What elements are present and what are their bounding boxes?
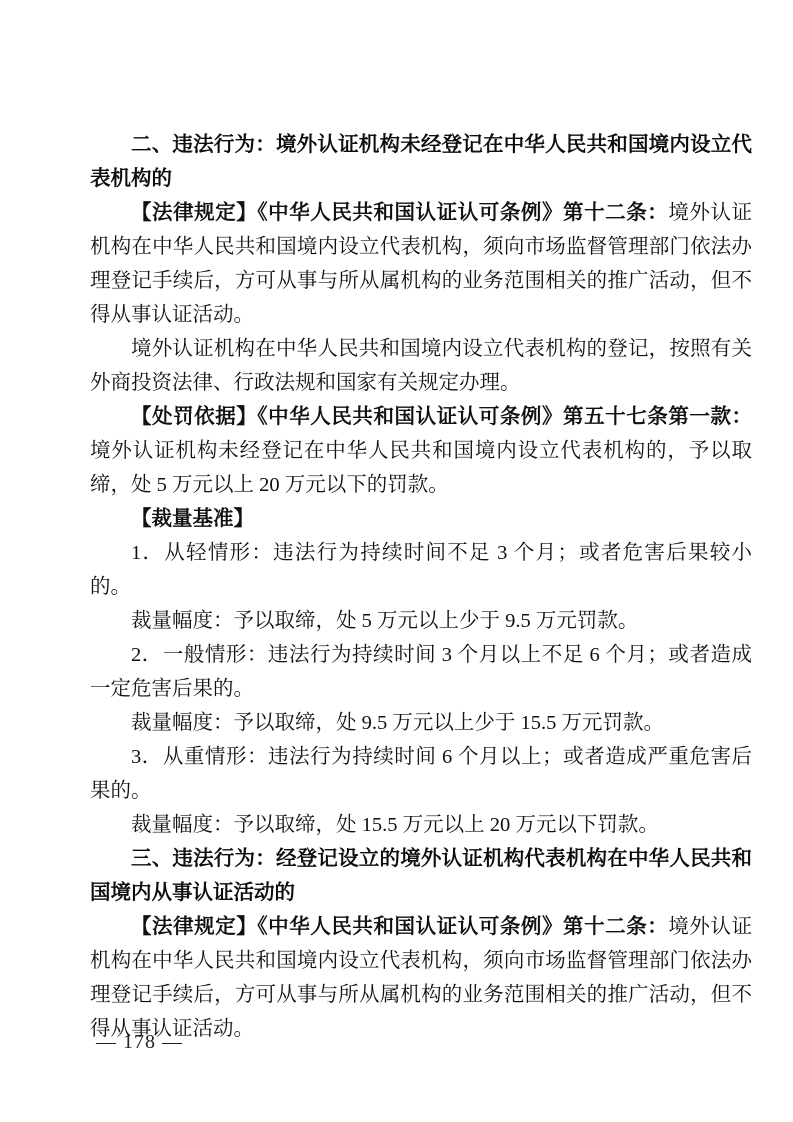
discretion-item-2-situation: 2．一般情形：违法行为持续时间 3 个月以上不足 6 个月；或者造成一定危害后果… — [90, 638, 752, 706]
page-number: — 178 — — [96, 1029, 183, 1055]
discretion-item-3-range: 裁量幅度：予以取缔，处 15.5 万元以上 20 万元以下罚款。 — [90, 808, 752, 842]
penalty-basis-label: 【处罚依据】《中华人民共和国认证认可条例》第五十七条第一款： — [131, 406, 752, 428]
section-2-legal-basis-paragraph-2: 境外认证机构在中华人民共和国境内设立代表机构的登记，按照有关外商投资法律、行政法… — [90, 332, 752, 400]
page-content: 二、违法行为：境外认证机构未经登记在中华人民共和国境内设立代表机构的 【法律规定… — [90, 128, 752, 1046]
discretion-item-3-situation: 3．从重情形：违法行为持续时间 6 个月以上；或者造成严重危害后果的。 — [90, 740, 752, 808]
penalty-basis-text: 境外认证机构未经登记在中华人民共和国境内设立代表机构的，予以取缔，处 5 万元以… — [90, 440, 752, 496]
section-2-penalty-basis-paragraph: 【处罚依据】《中华人民共和国认证认可条例》第五十七条第一款：境外认证机构未经登记… — [90, 400, 752, 502]
discretion-item-1-situation: 1．从轻情形：违法行为持续时间不足 3 个月；或者危害后果较小的。 — [90, 536, 752, 604]
document-page: 二、违法行为：境外认证机构未经登记在中华人民共和国境内设立代表机构的 【法律规定… — [0, 0, 793, 1122]
discretion-item-1-range: 裁量幅度：予以取缔，处 5 万元以上少于 9.5 万元罚款。 — [90, 604, 752, 638]
section-3-legal-basis-paragraph: 【法律规定】《中华人民共和国认证认可条例》第十二条：境外认证机构在中华人民共和国… — [90, 910, 752, 1046]
section-2-heading: 二、违法行为：境外认证机构未经登记在中华人民共和国境内设立代表机构的 — [90, 128, 752, 196]
discretion-standard-heading: 【裁量基准】 — [90, 502, 752, 536]
legal-basis-label: 【法律规定】《中华人民共和国认证认可条例》第十二条： — [131, 202, 668, 224]
section-3-heading: 三、违法行为：经登记设立的境外认证机构代表机构在中华人民共和国境内从事认证活动的 — [90, 842, 752, 910]
discretion-item-2-range: 裁量幅度：予以取缔，处 9.5 万元以上少于 15.5 万元罚款。 — [90, 706, 752, 740]
section-2-legal-basis-paragraph: 【法律规定】《中华人民共和国认证认可条例》第十二条：境外认证机构在中华人民共和国… — [90, 196, 752, 332]
legal-basis-label: 【法律规定】《中华人民共和国认证认可条例》第十二条： — [131, 916, 668, 938]
